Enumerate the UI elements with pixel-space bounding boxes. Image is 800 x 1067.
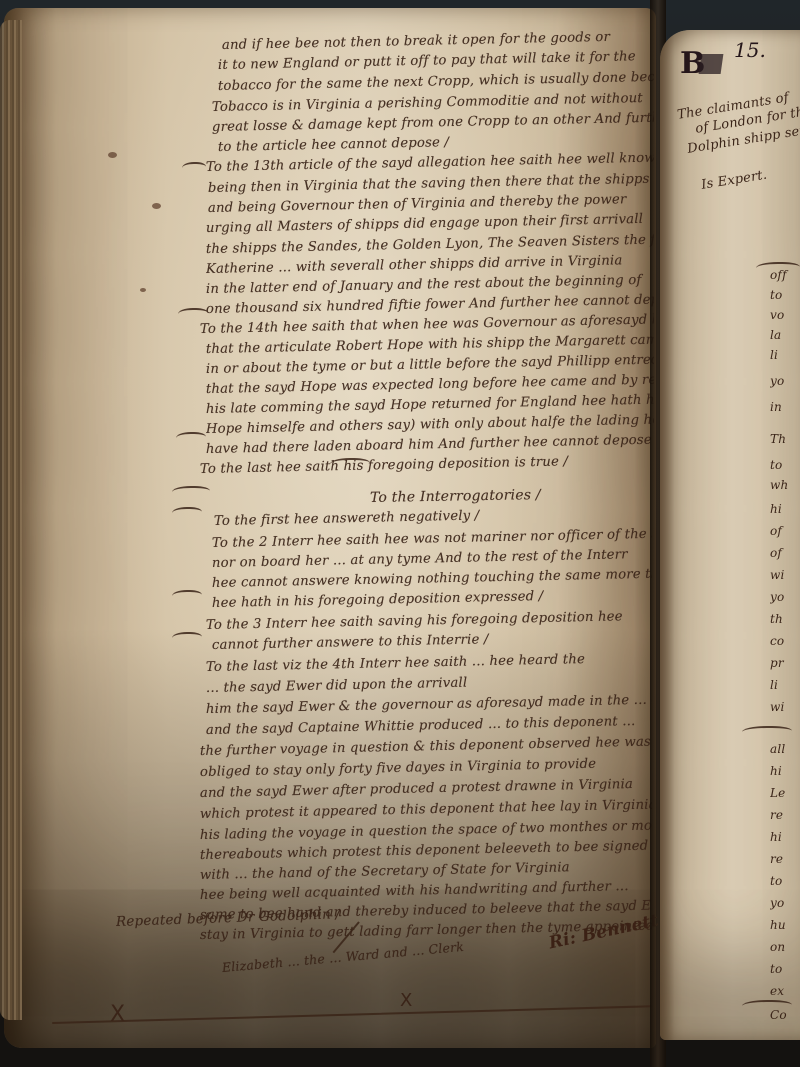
margin-text: wi <box>770 698 800 717</box>
margin-text: hi <box>770 762 800 781</box>
paragraph-flourish <box>172 632 202 644</box>
margin-text: li <box>770 346 800 365</box>
folio-number: 15. <box>734 38 766 62</box>
margin-text: hi <box>770 828 800 847</box>
margin-text: vo <box>770 306 800 325</box>
margin-text: la <box>770 326 800 345</box>
margin-text: on <box>770 938 800 957</box>
margin-text: hu <box>770 916 800 935</box>
margin-text: li <box>770 676 800 695</box>
ink-blot <box>108 152 117 158</box>
margin-text: ex <box>770 982 800 1001</box>
x-mark: X <box>110 1002 125 1027</box>
margin-text: in <box>770 398 800 417</box>
margin-text: wh <box>770 476 800 495</box>
page-edge-stack <box>0 20 22 1020</box>
margin-text: re <box>770 850 800 869</box>
margin-text: Le <box>770 784 800 803</box>
paragraph-flourish <box>176 432 206 444</box>
ink-blot <box>152 203 161 209</box>
struck-out-mark <box>699 54 724 74</box>
margin-text: co <box>770 632 800 651</box>
paragraph-flourish <box>182 162 206 174</box>
paragraph-flourish <box>172 590 202 602</box>
margin-text: Th <box>770 430 800 449</box>
paragraph-flourish <box>742 726 792 738</box>
paragraph-flourish <box>178 308 208 320</box>
margin-text: yo <box>770 372 800 391</box>
paragraph-flourish <box>172 486 210 498</box>
margin-text: to <box>770 456 800 475</box>
interrogatories-heading: To the Interrogatories / <box>370 484 600 508</box>
margin-text: to <box>770 286 800 305</box>
margin-text: of <box>770 544 800 563</box>
margin-text: to <box>770 872 800 891</box>
margin-text: to <box>770 960 800 979</box>
margin-text: th <box>770 610 800 629</box>
x-mark: X <box>400 990 412 1011</box>
ink-blot <box>140 288 146 292</box>
margin-text: of <box>770 522 800 541</box>
margin-text: yo <box>770 588 800 607</box>
margin-text: wi <box>770 566 800 585</box>
paragraph-flourish <box>172 507 202 519</box>
margin-text: pr <box>770 654 800 673</box>
margin-text: Co <box>770 1006 800 1025</box>
margin-text: hi <box>770 500 800 519</box>
margin-text: re <box>770 806 800 825</box>
margin-text: off <box>770 266 800 285</box>
margin-text: yo <box>770 894 800 913</box>
margin-text: all <box>770 740 800 759</box>
